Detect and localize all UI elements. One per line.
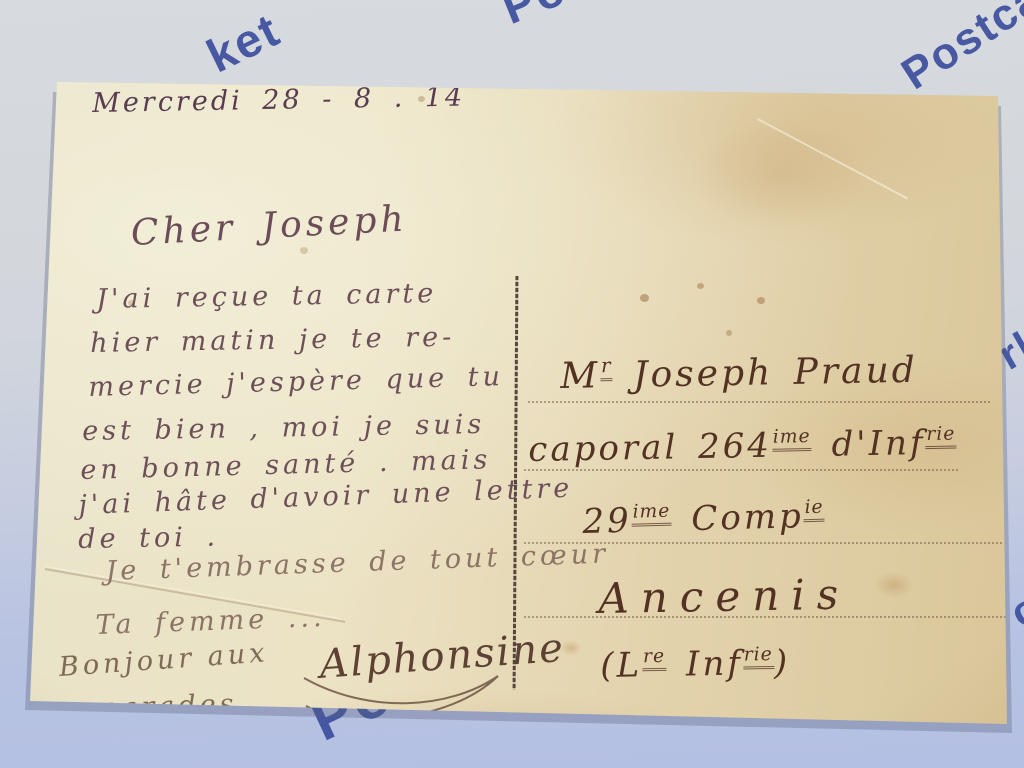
superscript: ie	[803, 496, 825, 522]
address-line: caporal 264ime d'Infrie	[528, 423, 957, 470]
background-print-text: Pos	[494, 0, 600, 35]
address-dotted-rule	[524, 469, 958, 471]
postcard: Mercredi 28 - 8 . 14 Cher Joseph J'ai re…	[0, 0, 1024, 768]
superscript: rie	[925, 423, 956, 449]
message-line: J'ai reçue ta carte	[96, 278, 438, 315]
superscript: ime	[631, 500, 671, 526]
superscript: rie	[743, 644, 774, 670]
background-print-text: ket	[198, 2, 289, 84]
address-dotted-rule	[524, 616, 1006, 618]
message-line: hier matin je te re-	[90, 322, 456, 359]
photo-of-postcard: ket Pos Postca rk Po o Mercredi 28 - 8 .…	[0, 0, 1024, 768]
superscript: ime	[772, 426, 812, 452]
message-line: de toi .	[78, 522, 219, 555]
date-line: Mercredi 28 - 8 . 14	[92, 81, 465, 119]
address-dotted-rule	[524, 542, 1002, 544]
address-line: (Lre Infrie)	[600, 643, 790, 686]
superscript: r	[600, 354, 613, 381]
address-line: Mr Joseph Praud	[560, 350, 918, 397]
background-print-text: Postca	[893, 0, 1024, 100]
address-line: 29ime Compie	[582, 496, 825, 542]
superscript: re	[642, 646, 666, 671]
address-line: Ancenis	[598, 570, 851, 623]
address-dotted-rule	[528, 401, 990, 403]
